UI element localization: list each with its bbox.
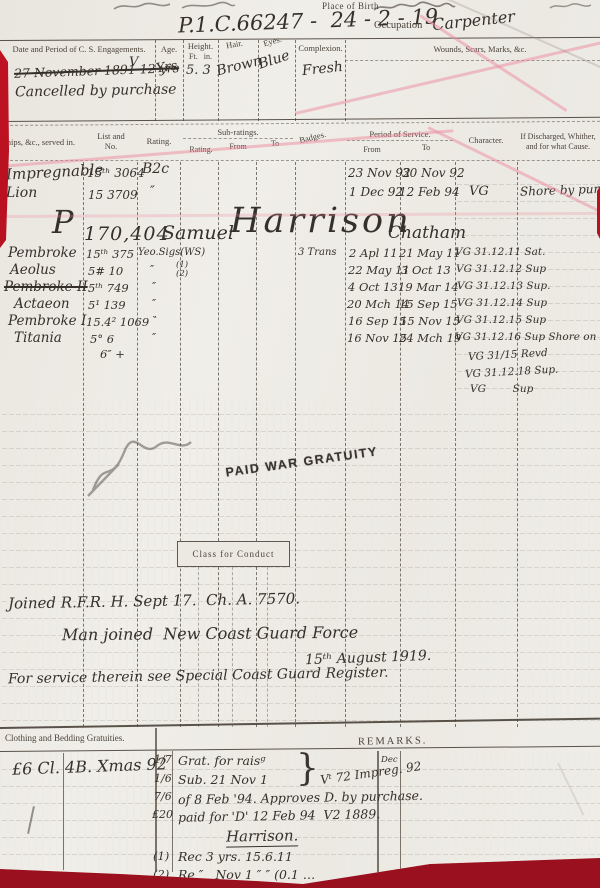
occupation-label: Occupation: [374, 20, 422, 31]
cs-col-line-6: [345, 40, 346, 121]
cs-header-eyes: Eyes.: [262, 34, 283, 49]
port-division: Chatham: [388, 223, 466, 243]
titania-extra-list: 6″ +: [100, 347, 125, 361]
numbered-note-tag: (2): [153, 867, 169, 881]
numbered-note-text: Re ″ Nov 1 ″ ″ (0.1 …: [178, 867, 315, 882]
character-value: VG 31.12.12 Sup: [456, 263, 546, 275]
remark-text: Grat. for raisᵍ: [178, 753, 265, 768]
ship-name: Titania: [14, 330, 62, 346]
rule-under-wounds-header: [345, 60, 600, 61]
period-to: 12 Feb 94: [399, 185, 460, 199]
svc-header-discharged: If Discharged, Whither, and for what Cau…: [518, 132, 598, 151]
ship-name: Lion: [6, 185, 37, 201]
voucher-superscript: Dec: [381, 755, 398, 765]
pink-cross-line-2: [419, 14, 567, 112]
ship-name: Pembroke: [8, 245, 77, 261]
rating-ditto: ″: [150, 263, 154, 276]
signature: Harrison.: [226, 826, 299, 847]
forename: Samuel: [162, 222, 234, 244]
character-value: VG: [469, 184, 489, 199]
remark-text: Sub. 21 Nov 1: [178, 772, 268, 787]
pencil-scrawl: [85, 428, 200, 500]
note-coast-guard: Man joined New Coast Guard Force: [62, 623, 358, 645]
list-no: 15.4² 1069: [86, 315, 149, 329]
remark-margin-tag: £20: [152, 808, 173, 821]
svc-header-list-no: List and No.: [88, 131, 134, 151]
class-for-conduct-label: Class for Conduct: [193, 549, 275, 559]
list-no: 5° 6: [90, 332, 114, 346]
cs-col-line-3: [218, 40, 219, 121]
svc-header-ships: Ships, &c., served in.: [2, 137, 75, 147]
list-no: 5# 10: [88, 264, 123, 278]
cs-header-height: Height.: [184, 41, 217, 51]
rating-ditto: ″: [150, 184, 155, 199]
cs-cancelled-note: Cancelled by purchase: [15, 82, 177, 101]
numbered-note-tag: (1): [153, 849, 169, 863]
clothing-gratuities-label: Clothing and Bedding Gratuities.: [5, 733, 125, 743]
rule-period-underline: [347, 140, 453, 141]
rating-ditto: ″: [152, 297, 156, 310]
illegible-scrawl-top-right: [548, 1, 593, 11]
ship-name: Pembroke II: [4, 279, 88, 295]
character-value: VG 31.12.14 Sup: [457, 297, 547, 309]
record-paper: Place of Birth P.1.C.66247 - 24 - 2 - 19…: [0, 0, 600, 888]
rule-top-of-cs-table: [0, 37, 600, 41]
period-to: 19 Mar 14: [398, 280, 459, 294]
period-from: 1 Dec 92: [349, 185, 403, 199]
svc-header-subratings: Sub-ratings.: [183, 127, 293, 137]
period-to: 30 Nov 92: [402, 166, 465, 180]
cs-header-age: Age.: [156, 44, 182, 54]
svc-header-rating: Rating.: [139, 136, 179, 146]
class-for-conduct-box: Class for Conduct: [177, 541, 290, 567]
character-extra-line: VG Sup: [470, 383, 533, 395]
cs-eyes-value: Blue: [256, 47, 291, 72]
rating-value: Yeo.Sigs(WS): [138, 247, 205, 258]
cs-check-mark: V: [129, 55, 138, 70]
period-to: 3 Oct 13: [401, 263, 451, 277]
remark-margin-tag: 7/6: [154, 790, 172, 803]
character-value: VG 31.12.15 Sup: [456, 314, 546, 326]
rating-note: (1) (2): [176, 261, 188, 279]
cs-header-date-period: Date and Period of C. S. Engagements.: [4, 44, 154, 54]
ship-name: Pembroke I: [8, 313, 86, 329]
rating-ditto: ″: [152, 331, 156, 344]
character-value: VG 31.12.11 Sat.: [455, 246, 545, 258]
list-no: 5¹ 139: [88, 298, 126, 312]
period-from: 2 Apl 11: [349, 246, 398, 260]
cs-age-value: Yrs: [155, 59, 178, 77]
svc-header-to: To: [402, 143, 450, 152]
remark-margin-tag: 1/6: [154, 772, 172, 785]
rating-ditto: ‶: [152, 314, 156, 327]
ship-name: Aeolus: [10, 262, 56, 278]
period-to: 15 Sep 15: [399, 297, 458, 311]
rule-main-table-top-b: [0, 121, 600, 126]
cs-header-complexion: Complexion.: [296, 43, 345, 53]
remark-brace: }: [296, 748, 319, 789]
character-value: VG 31.12.16 Sup Shore on D.: [455, 331, 600, 343]
badges-value: 3 Trans: [298, 247, 337, 258]
cs-header-height-units: Ft. in.: [184, 52, 217, 61]
character-value: VG 31.12.13 Sup.: [457, 280, 550, 292]
cs-header-hair: Hair.: [225, 38, 243, 51]
main-col-line-period: [345, 162, 346, 727]
main-col-line-sub1-upper: [218, 162, 219, 541]
list-no: 15ᵗʰ 3064: [87, 166, 145, 180]
surname: Harrison: [230, 201, 412, 241]
remark-margin-tag: 1/7: [154, 753, 172, 766]
ship-name: Actaeon: [14, 296, 70, 312]
list-no: 5ᵗʰ 749: [88, 281, 129, 295]
period-from: 16 Sep 15: [348, 314, 407, 328]
list-no: 15 3709: [88, 188, 138, 202]
rating-ditto: ″: [152, 280, 156, 293]
official-number: 170,404: [84, 223, 170, 245]
period-from: 4 Oct 13: [348, 280, 398, 294]
list-no: 15ᵗʰ 375: [86, 247, 134, 261]
illegible-scrawl-top-left: [112, 0, 237, 12]
remarks-label: REMARKS.: [358, 735, 428, 747]
svc-header-from: From: [348, 145, 396, 154]
period-to: 21 May 11: [399, 246, 461, 260]
scanned-service-record: { "top": { "reference_number": "P.1.C.66…: [0, 0, 600, 888]
numbered-note-text: Rec 3 yrs. 15.6.11: [178, 849, 293, 864]
period-to: 15 Nov 15: [400, 314, 460, 328]
name-initial: P: [52, 203, 74, 241]
rating-value: B2c: [142, 161, 169, 177]
cs-height-value: 5. 3: [186, 63, 211, 78]
period-to: 24 Mch 19: [399, 331, 461, 345]
cs-complexion-value: Fresh: [301, 59, 343, 79]
